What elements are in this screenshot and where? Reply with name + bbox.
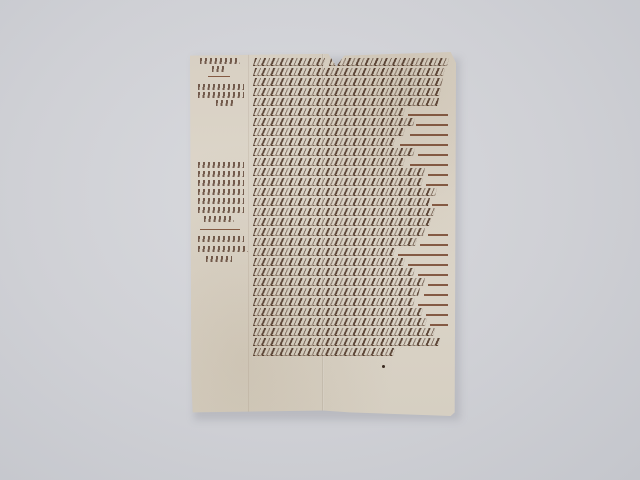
line-filler — [420, 244, 448, 246]
margin-rule-short — [200, 229, 240, 230]
text-line — [253, 58, 325, 66]
line-filler — [430, 324, 448, 326]
text-line — [253, 288, 420, 296]
text-line — [253, 278, 425, 286]
margin-signature — [198, 236, 244, 242]
photo-scene — [0, 0, 640, 480]
margin-underline — [208, 76, 230, 77]
text-line — [253, 148, 415, 156]
line-filler — [428, 234, 448, 236]
margin-note — [198, 207, 244, 213]
line-filler — [408, 114, 448, 116]
text-line — [253, 108, 405, 116]
text-line — [253, 208, 435, 216]
margin-heading-year — [212, 66, 226, 72]
text-line — [253, 258, 405, 266]
line-filler — [418, 274, 448, 276]
text-line — [253, 198, 430, 206]
margin-note — [198, 189, 244, 195]
line-filler — [432, 204, 448, 206]
text-line — [253, 118, 415, 126]
text-line — [253, 178, 423, 186]
line-filler — [426, 184, 448, 186]
line-filler — [410, 164, 448, 166]
manuscript-sheet — [190, 52, 456, 416]
margin-note — [198, 162, 244, 168]
text-line — [253, 348, 395, 356]
text-line — [253, 88, 441, 96]
text-line — [253, 138, 395, 146]
line-filler — [428, 284, 448, 286]
text-line — [329, 58, 449, 66]
line-filler — [408, 264, 448, 266]
line-filler — [426, 314, 448, 316]
text-line — [253, 248, 395, 256]
margin-rule — [248, 52, 249, 416]
text-line — [253, 188, 437, 196]
margin-signature — [198, 246, 248, 252]
text-line — [253, 98, 439, 106]
line-filler — [418, 304, 448, 306]
text-line — [253, 218, 431, 226]
ink-blot — [382, 365, 385, 368]
text-line — [253, 168, 425, 176]
line-filler — [410, 134, 448, 136]
text-line — [253, 328, 435, 336]
line-filler — [400, 144, 448, 146]
text-line — [253, 238, 417, 246]
text-line — [253, 318, 427, 326]
line-filler — [424, 294, 448, 296]
line-filler — [398, 254, 448, 256]
margin-note — [198, 171, 244, 177]
margin-note — [204, 216, 234, 222]
text-line — [253, 68, 445, 76]
margin-note — [198, 198, 244, 204]
text-line — [253, 158, 405, 166]
text-line — [253, 228, 425, 236]
margin-note — [198, 92, 244, 98]
text-line — [253, 298, 415, 306]
margin-note — [198, 84, 244, 90]
text-line — [253, 128, 405, 136]
text-line — [253, 338, 440, 346]
line-filler — [418, 154, 448, 156]
margin-signature — [206, 256, 232, 262]
text-line — [253, 308, 423, 316]
margin-note — [198, 180, 244, 186]
line-filler — [428, 174, 448, 176]
margin-note — [216, 100, 234, 106]
margin-heading — [200, 58, 240, 64]
text-line — [253, 78, 443, 86]
line-filler — [416, 124, 448, 126]
text-line — [253, 268, 415, 276]
